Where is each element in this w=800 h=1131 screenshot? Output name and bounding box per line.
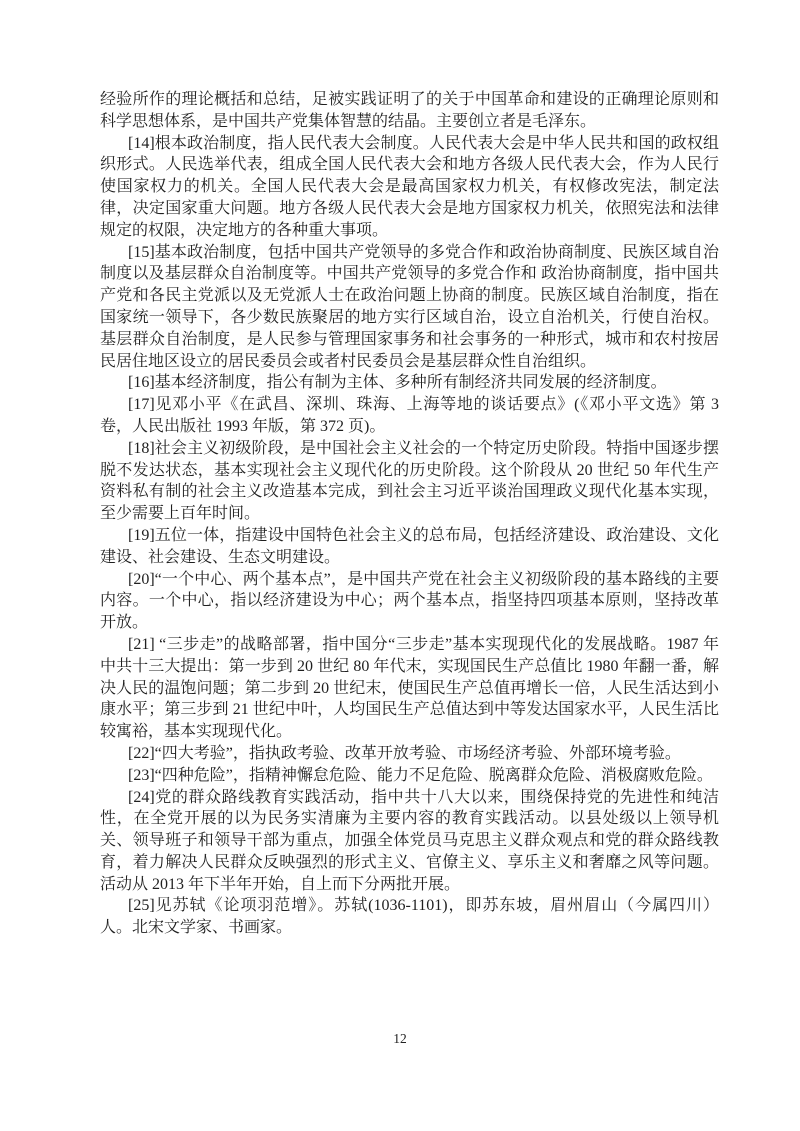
footnote-paragraph-22: [22]“四大考验”，指执政考验、改革开放考验、市场经济考验、外部环境考验。 xyxy=(100,743,719,765)
footnote-paragraph-24: [24]党的群众路线教育实践活动，指中共十八大以来，围绕保持党的先进性和纯洁性，… xyxy=(100,787,719,896)
footnote-paragraph-25: [25]见苏轼《论项羽范增》。苏轼(1036-1101)，即苏东坡，眉州眉山（今… xyxy=(100,895,719,939)
footnote-paragraph-21: [21] “三步走”的战略部署，指中国分“三步走”基本实现现代化的发展战略。19… xyxy=(100,634,719,743)
page-content: 经验所作的理论概括和总结，足被实践证明了的关于中国革命和建设的正确理论原则和科学… xyxy=(100,89,719,939)
document-page: 经验所作的理论概括和总结，足被实践证明了的关于中国革命和建设的正确理论原则和科学… xyxy=(0,0,800,1131)
footnote-paragraph-19: [19]五位一体，指建设中国特色社会主义的总布局，包括经济建设、政治建设、文化建… xyxy=(100,525,719,569)
footnote-paragraph-23: [23]“四种危险”，指精神懈怠危险、能力不足危险、脱离群众危险、消极腐败危险。 xyxy=(100,765,719,787)
footnote-paragraph-15: [15]基本政治制度，包括中国共产党领导的多党合作和政治协商制度、民族区域自治制… xyxy=(100,242,719,373)
footnote-paragraph-20: [20]“一个中心、两个基本点”，是中国共产党在社会主义初级阶段的基本路线的主要… xyxy=(100,569,719,634)
footnote-paragraph-18: [18]社会主义初级阶段，是中国社会主义社会的一个特定历史阶段。特指中国逐步摆脱… xyxy=(100,438,719,525)
footnote-paragraph-14: [14]根本政治制度，指人民代表大会制度。人民代表大会是中华人民共和国的政权组织… xyxy=(100,133,719,242)
footnote-paragraph-16: [16]基本经济制度，指公有制为主体、多种所有制经济共同发展的经济制度。 xyxy=(100,372,719,394)
continuation-paragraph: 经验所作的理论概括和总结，足被实践证明了的关于中国革命和建设的正确理论原则和科学… xyxy=(100,89,719,133)
footnote-paragraph-17: [17]见邓小平《在武昌、深圳、珠海、上海等地的谈话要点》(《邓小平文选》第 3… xyxy=(100,394,719,438)
page-number: 12 xyxy=(0,1031,800,1047)
